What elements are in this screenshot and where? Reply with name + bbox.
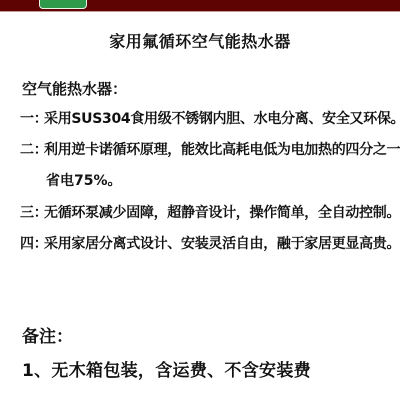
feature-text: 采用SUS304食用级不锈钢内胆、水电分离、安全又环保。 [44, 111, 400, 127]
feature-item-2: 二：利用逆卡诺循环原理，能效比高耗电低为电加热的四分之一， [20, 139, 400, 159]
feature-number: 二： [20, 139, 44, 159]
feature-item-4: 四：采用家居分离式设计、安装灵活自由，融于家居更显高贵。 [20, 233, 400, 253]
feature-item-2-continuation: 省电75%。 [46, 170, 122, 190]
top-banner-bar [0, 0, 400, 12]
feature-item-1: 一：采用SUS304食用级不锈钢内胆、水电分离、安全又环保。 [20, 108, 400, 128]
brand-badge [39, 0, 87, 9]
feature-number: 一： [20, 108, 44, 128]
feature-number: 四： [20, 233, 44, 253]
feature-text: 采用家居分离式设计、安装灵活自由，融于家居更显高贵。 [44, 236, 400, 252]
page-title: 家用氟循环空气能热水器 [0, 29, 400, 52]
feature-text: 利用逆卡诺循环原理，能效比高耗电低为电加热的四分之一， [44, 142, 400, 158]
note-item-1: 1、无木箱包装，含运费、不含安装费 [22, 356, 311, 381]
feature-item-3: 三：无循环泵减少固障，超静音设计，操作简单，全自动控制。 [20, 202, 400, 222]
feature-text: 无循环泵减少固障，超静音设计，操作简单，全自动控制。 [44, 205, 400, 221]
section-heading: 空气能热水器： [22, 78, 127, 99]
notes-heading: 备注： [22, 322, 73, 347]
feature-number: 三： [20, 202, 44, 222]
